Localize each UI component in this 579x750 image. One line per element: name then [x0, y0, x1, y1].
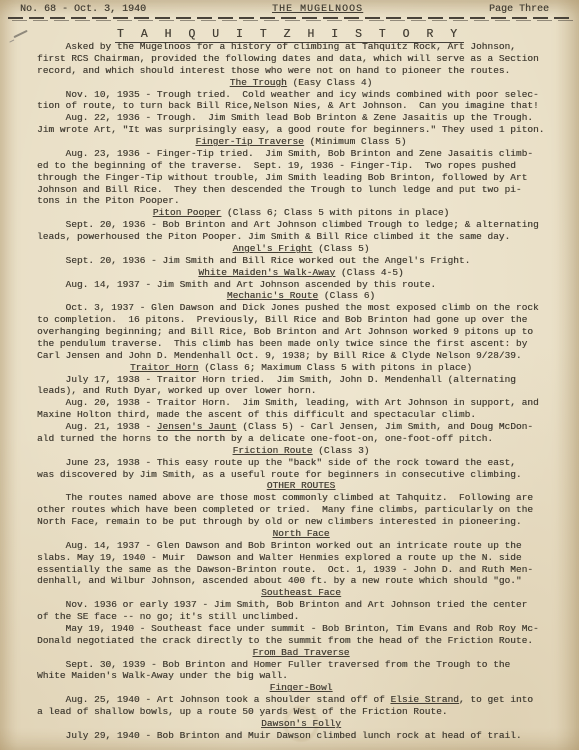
text-run: (Class 5) - Carl Jensen, Jim Smith, and … — [237, 421, 533, 432]
entry-line: Carl Jensen and John D. Mendenhall Oct. … — [37, 350, 565, 362]
entry-line: Nov. 1936 or early 1937 - Jim Smith, Bob… — [37, 599, 565, 611]
entry-line: essentially the same as the Dawson-Brint… — [37, 564, 565, 576]
text-run: White Maiden's Walk-Away under the big w… — [37, 670, 288, 681]
entry-line: denhall, and Wilbur Johnson, ascended ab… — [37, 575, 565, 587]
section-heading: Finger-Tip Traverse (Minimum Class 5) — [37, 136, 565, 148]
text-line: first RCS Chairman, provided the followi… — [37, 53, 565, 65]
entry-line: slabs. May 19, 1940 - Muir Dawson and Wa… — [37, 552, 565, 564]
entry-line: North Face, remain to be put through by … — [37, 516, 565, 528]
entry-line: a lead of shallow bowls, up a route 50 y… — [37, 706, 565, 718]
route-class: (Class 4-5) — [335, 267, 403, 278]
entry-line: June 23, 1938 - This easy route up the "… — [37, 457, 565, 469]
text-run: of the SE face -- no go; it's still uncl… — [37, 611, 299, 622]
entry-line: Sept. 20, 1936 - Jim Smith and Bill Rice… — [37, 255, 565, 267]
text-run: slabs. May 19, 1940 - Muir Dawson and Wa… — [37, 552, 522, 563]
section-heading: OTHER ROUTES — [37, 480, 565, 492]
section: Dawson's Folly July 29, 1940 - Bob Brint… — [37, 718, 565, 742]
text-run: ald turned the horns to the north by a d… — [37, 433, 493, 444]
text-run: The routes named above are those most co… — [37, 492, 533, 503]
text-run: Aug. 14, 1937 - Jim Smith and Art Johnso… — [37, 279, 436, 290]
text-run: denhall, and Wilbur Johnson, ascended ab… — [37, 575, 522, 586]
text-run: Asked by the Mugelnoos for a history of … — [37, 41, 516, 52]
text-run: July 29, 1940 - Bob Brinton and Muir Daw… — [37, 730, 522, 741]
issue-date: No. 68 - Oct. 3, 1940 — [20, 3, 146, 16]
text-run: Sept. 20, 1936 - Jim Smith and Bill Rice… — [37, 255, 470, 266]
text-run: tons in the Piton Pooper. — [37, 195, 180, 206]
entry-line: Johnson and Bill Rice. They then descend… — [37, 184, 565, 196]
route-class: (Class 6; Maximum Class 5 with pitons in… — [198, 362, 472, 373]
text-run: Donald negotiated the crack directly to … — [37, 635, 533, 646]
text-run: May 19, 1940 - Southeast face under summ… — [37, 623, 539, 634]
newsletter-title: THE MUGELNOOS — [272, 3, 363, 16]
entry-line: May 19, 1940 - Southeast face under summ… — [37, 623, 565, 635]
entry-line: of the SE face -- no go; it's still uncl… — [37, 611, 565, 623]
entry-line: ald turned the horns to the north by a d… — [37, 433, 565, 445]
text-run: ed to the beginning of the traverse. Sep… — [37, 160, 516, 171]
section: Piton Pooper (Class 6; Class 5 with pito… — [37, 207, 565, 243]
text-run: Nov. 1936 or early 1937 - Jim Smith, Bob… — [37, 599, 527, 610]
entry-line: Jim wrote Art, "It was surprisingly easy… — [37, 124, 565, 136]
text-run: July 17, 1938 - Traitor Horn tried. Jim … — [37, 374, 516, 385]
text-line: record, and which should interest those … — [37, 65, 565, 77]
page-number: Page Three — [489, 3, 549, 16]
section-heading: Mechanic's Route (Class 6) — [37, 290, 565, 302]
entry-line: July 29, 1940 - Bob Brinton and Muir Daw… — [37, 730, 565, 742]
route-class: (Class 6) — [318, 290, 375, 301]
text-run: Carl Jensen and John D. Mendenhall Oct. … — [37, 350, 522, 361]
header-divider — [8, 17, 573, 19]
section-heading: Finger-Bowl — [37, 682, 565, 694]
route-class: (Minimum Class 5) — [304, 136, 407, 147]
text-run: to completion. 16 pitons. Previously, Bi… — [37, 314, 527, 325]
entry-line: other routes which have been completed o… — [37, 504, 565, 516]
entry-line: Sept. 20, 1936 - Bob Brinton and Art Joh… — [37, 219, 565, 231]
text-run: Maxine Holton third, made the ascent of … — [37, 409, 476, 420]
route-name: White Maiden's Walk-Away — [198, 267, 335, 278]
entry-line: July 17, 1938 - Traitor Horn tried. Jim … — [37, 374, 565, 386]
entry-line: to completion. 16 pitons. Previously, Bi… — [37, 314, 565, 326]
route-name: Finger-Tip Traverse — [196, 136, 304, 147]
section: Angel's Fright (Class 5) Sept. 20, 1936 … — [37, 243, 565, 267]
text-run: essentially the same as the Dawson-Brint… — [37, 564, 533, 575]
entry-line: Aug. 22, 1936 - Trough. Jim Smith lead B… — [37, 112, 565, 124]
route-name: Friction Route — [233, 445, 313, 456]
text-run: Sept. 20, 1936 - Bob Brinton and Art Joh… — [37, 219, 539, 230]
entry-line: Aug. 14, 1937 - Glen Dawson and Bob Brin… — [37, 540, 565, 552]
entry-line: Aug. 21, 1938 - Jensen's Jaunt (Class 5)… — [37, 421, 565, 433]
text-run: Aug. 14, 1937 - Glen Dawson and Bob Brin… — [37, 540, 522, 551]
page-header: No. 68 - Oct. 3, 1940 THE MUGELNOOS Page… — [0, 3, 579, 16]
section-heading: From Bad Traverse — [37, 647, 565, 659]
route-name: Finger-Bowl — [270, 682, 333, 693]
text-run: Nov. 10, 1935 - Trough tried. Cold weath… — [37, 89, 539, 100]
text-run: Aug. 20, 1938 - Traitor Horn. Jim Smith,… — [37, 397, 539, 408]
entry-line: Maxine Holton third, made the ascent of … — [37, 409, 565, 421]
text-run: the pendulum traverse. This climb has be… — [37, 338, 527, 349]
section-heading: North Face — [37, 528, 565, 540]
underlined-phrase: Jensen's Jaunt — [157, 421, 237, 432]
text-run: a lead of shallow bowls, up a route 50 y… — [37, 706, 447, 717]
text-run: overhanging beginning; and Bill Rice, Bo… — [37, 326, 533, 337]
section: White Maiden's Walk-Away (Class 4-5) Aug… — [37, 267, 565, 291]
text-run: June 23, 1938 - This easy route up the "… — [37, 457, 516, 468]
entry-line: leads, powerhoused the Piton Pooper. Jim… — [37, 231, 565, 243]
section: North Face Aug. 14, 1937 - Glen Dawson a… — [37, 528, 565, 587]
route-name: OTHER ROUTES — [267, 480, 335, 491]
section: Finger-Tip Traverse (Minimum Class 5) Au… — [37, 136, 565, 207]
section: Mechanic's Route (Class 6) Oct. 3, 1937 … — [37, 290, 565, 361]
entry-line: leads), and Ruth Dyar, worked up over lo… — [37, 385, 565, 397]
route-name: Mechanic's Route — [227, 290, 318, 301]
text-run: leads, powerhoused the Piton Pooper. Jim… — [37, 231, 510, 242]
entry-line: Donald negotiated the crack directly to … — [37, 635, 565, 647]
entry-line: through the Finger-Tip without trouble, … — [37, 172, 565, 184]
entry-line: was discovered by Jim Smith, as a useful… — [37, 469, 565, 481]
route-name: Dawson's Folly — [261, 718, 341, 729]
section-heading: Traitor Horn (Class 6; Maximum Class 5 w… — [37, 362, 565, 374]
document-body: Asked by the Mugelnoos for a history of … — [37, 41, 565, 742]
intro-paragraph: Asked by the Mugelnoos for a history of … — [37, 41, 565, 77]
section-heading: Friction Route (Class 3) — [37, 445, 565, 457]
entry-line: tion of route, to turn back Bill Rice,Ne… — [37, 100, 565, 112]
route-name: Angel's Fright — [233, 243, 313, 254]
route-name: From Bad Traverse — [253, 647, 350, 658]
section-heading: The Trough (Easy Class 4) — [37, 77, 565, 89]
route-class: (Class 3) — [312, 445, 369, 456]
section: The Trough (Easy Class 4) Nov. 10, 1935 … — [37, 77, 565, 136]
text-run: Aug. 21, 1938 - — [37, 421, 157, 432]
route-name: Piton Pooper — [153, 207, 221, 218]
text-run: Sept. 30, 1939 - Bob Brinton and Homer F… — [37, 659, 510, 670]
entry-line: White Maiden's Walk-Away under the big w… — [37, 670, 565, 682]
entry-line: ed to the beginning of the traverse. Sep… — [37, 160, 565, 172]
entry-line: the pendulum traverse. This climb has be… — [37, 338, 565, 350]
text-run: was discovered by Jim Smith, as a useful… — [37, 469, 522, 480]
section-heading: White Maiden's Walk-Away (Class 4-5) — [37, 267, 565, 279]
entry-line: Aug. 23, 1936 - Finger-Tip tried. Jim Sm… — [37, 148, 565, 160]
entry-line: Aug. 14, 1937 - Jim Smith and Art Johnso… — [37, 279, 565, 291]
text-run: Johnson and Bill Rice. They then descend… — [37, 184, 522, 195]
section-heading: Dawson's Folly — [37, 718, 565, 730]
route-name: The Trough — [230, 77, 287, 88]
text-run: Oct. 3, 1937 - Glen Dawson and Dick Jone… — [37, 302, 539, 313]
section: Friction Route (Class 3) June 23, 1938 -… — [37, 445, 565, 481]
entry-line: Sept. 30, 1939 - Bob Brinton and Homer F… — [37, 659, 565, 671]
text-run: Aug. 22, 1936 - Trough. Jim Smith lead B… — [37, 112, 533, 123]
text-run: first RCS Chairman, provided the followi… — [37, 53, 539, 64]
section: Traitor Horn (Class 6; Maximum Class 5 w… — [37, 362, 565, 445]
text-run: Aug. 25, 1940 - Art Johnson took a shoul… — [37, 694, 390, 705]
route-name: Traitor Horn — [130, 362, 198, 373]
entry-line: tons in the Piton Pooper. — [37, 195, 565, 207]
sections: The Trough (Easy Class 4) Nov. 10, 1935 … — [37, 77, 565, 742]
section-heading: Angel's Fright (Class 5) — [37, 243, 565, 255]
text-line: Asked by the Mugelnoos for a history of … — [37, 41, 565, 53]
entry-line: overhanging beginning; and Bill Rice, Bo… — [37, 326, 565, 338]
route-name: North Face — [272, 528, 329, 539]
entry-line: Nov. 10, 1935 - Trough tried. Cold weath… — [37, 89, 565, 101]
text-run: other routes which have been completed o… — [37, 504, 533, 515]
text-run: Aug. 23, 1936 - Finger-Tip tried. Jim Sm… — [37, 148, 533, 159]
section-heading: Piton Pooper (Class 6; Class 5 with pito… — [37, 207, 565, 219]
text-run: record, and which should interest those … — [37, 65, 510, 76]
text-run: leads), and Ruth Dyar, worked up over lo… — [37, 385, 316, 396]
section: From Bad Traverse Sept. 30, 1939 - Bob B… — [37, 647, 565, 683]
text-run: through the Finger-Tip without trouble, … — [37, 172, 527, 183]
entry-line: Aug. 25, 1940 - Art Johnson took a shoul… — [37, 694, 565, 706]
text-run: tion of route, to turn back Bill Rice,Ne… — [37, 100, 539, 111]
route-class: (Class 6; Class 5 with pitons in place) — [221, 207, 449, 218]
entry-line: The routes named above are those most co… — [37, 492, 565, 504]
entry-line: Oct. 3, 1937 - Glen Dawson and Dick Jone… — [37, 302, 565, 314]
underlined-phrase: Elsie Strand — [390, 694, 458, 705]
header-divider-shadow — [8, 20, 573, 22]
newsletter-page: No. 68 - Oct. 3, 1940 THE MUGELNOOS Page… — [0, 0, 579, 750]
entry-line: Aug. 20, 1938 - Traitor Horn. Jim Smith,… — [37, 397, 565, 409]
text-run: North Face, remain to be put through by … — [37, 516, 522, 527]
section: OTHER ROUTES The routes named above are … — [37, 480, 565, 528]
route-class: (Easy Class 4) — [287, 77, 373, 88]
section-heading: Southeast Face — [37, 587, 565, 599]
section: Finger-Bowl Aug. 25, 1940 - Art Johnson … — [37, 682, 565, 718]
route-name: Southeast Face — [261, 587, 341, 598]
text-run: , to get into — [459, 694, 533, 705]
text-run: Jim wrote Art, "It was surprisingly easy… — [37, 124, 544, 135]
route-class: (Class 5) — [312, 243, 369, 254]
section: Southeast Face Nov. 1936 or early 1937 -… — [37, 587, 565, 646]
